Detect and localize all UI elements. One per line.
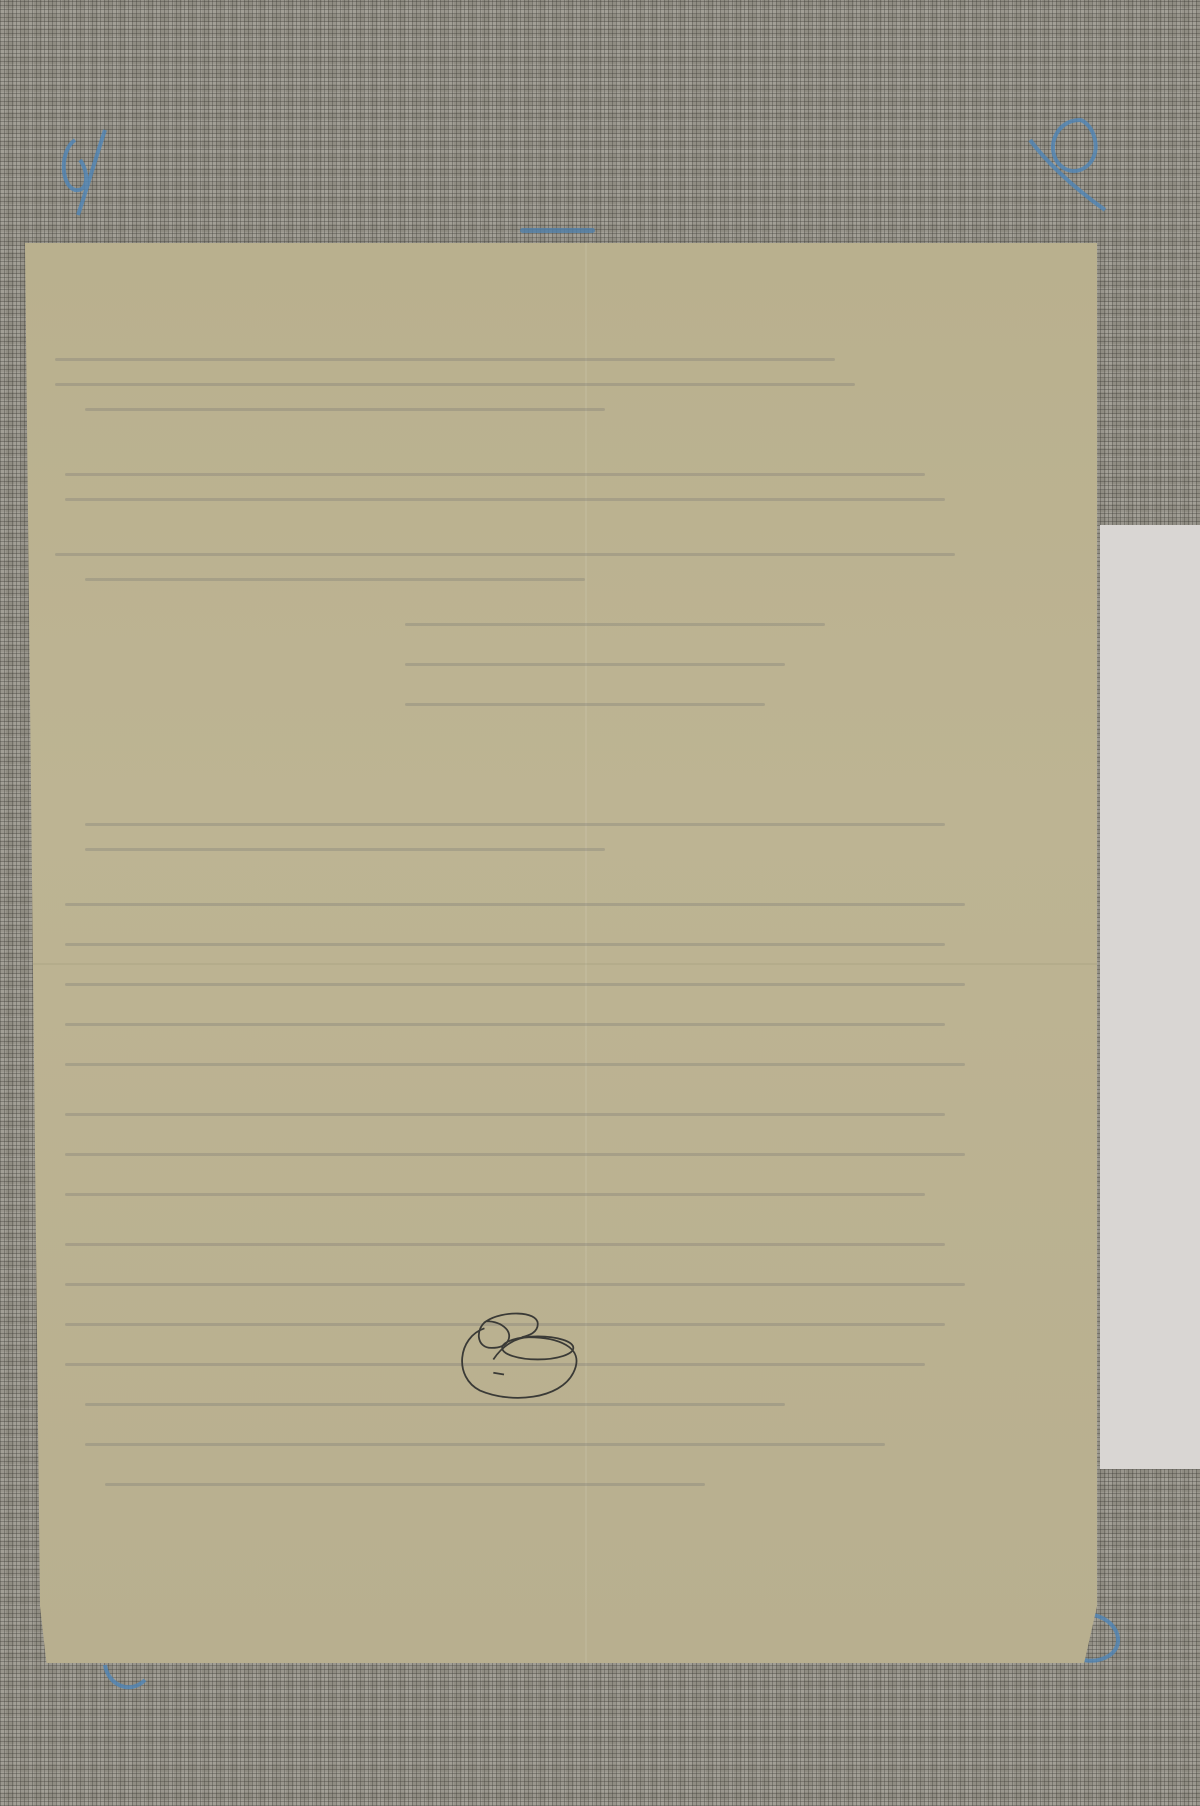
show-through-line <box>65 1283 965 1286</box>
show-through-line <box>85 1403 785 1406</box>
document-page <box>25 243 1097 1663</box>
show-through-line <box>65 983 965 986</box>
show-through-line <box>55 383 855 386</box>
show-through-line <box>65 498 945 501</box>
show-through-line <box>85 848 605 851</box>
blue-corner-mark-top-right <box>1010 110 1120 220</box>
show-through-line <box>55 358 835 361</box>
show-through-line <box>405 663 785 666</box>
show-through-line <box>65 1153 965 1156</box>
show-through-line <box>65 903 965 906</box>
blue-corner-mark-top-left <box>50 100 140 220</box>
show-through-line <box>55 553 955 556</box>
horizontal-fold <box>25 963 1097 965</box>
show-through-line <box>405 703 765 706</box>
show-through-line <box>65 943 945 946</box>
show-through-line <box>85 578 585 581</box>
show-through-line <box>65 1063 965 1066</box>
show-through-line <box>65 1193 925 1196</box>
show-through-line <box>65 473 925 476</box>
blue-dash-top-center <box>520 228 595 233</box>
pencil-scribble-mark <box>440 1290 600 1420</box>
show-through-line <box>65 1023 945 1026</box>
show-through-line <box>405 623 825 626</box>
show-through-line <box>85 408 605 411</box>
show-through-line <box>65 1113 945 1116</box>
show-through-line <box>65 1243 945 1246</box>
show-through-line <box>85 1443 885 1446</box>
show-through-line <box>105 1483 705 1486</box>
vertical-fold <box>585 243 587 1663</box>
white-backing-sheet <box>1100 525 1200 1469</box>
blue-arc-bottom-left <box>100 1660 160 1700</box>
show-through-line <box>85 823 945 826</box>
